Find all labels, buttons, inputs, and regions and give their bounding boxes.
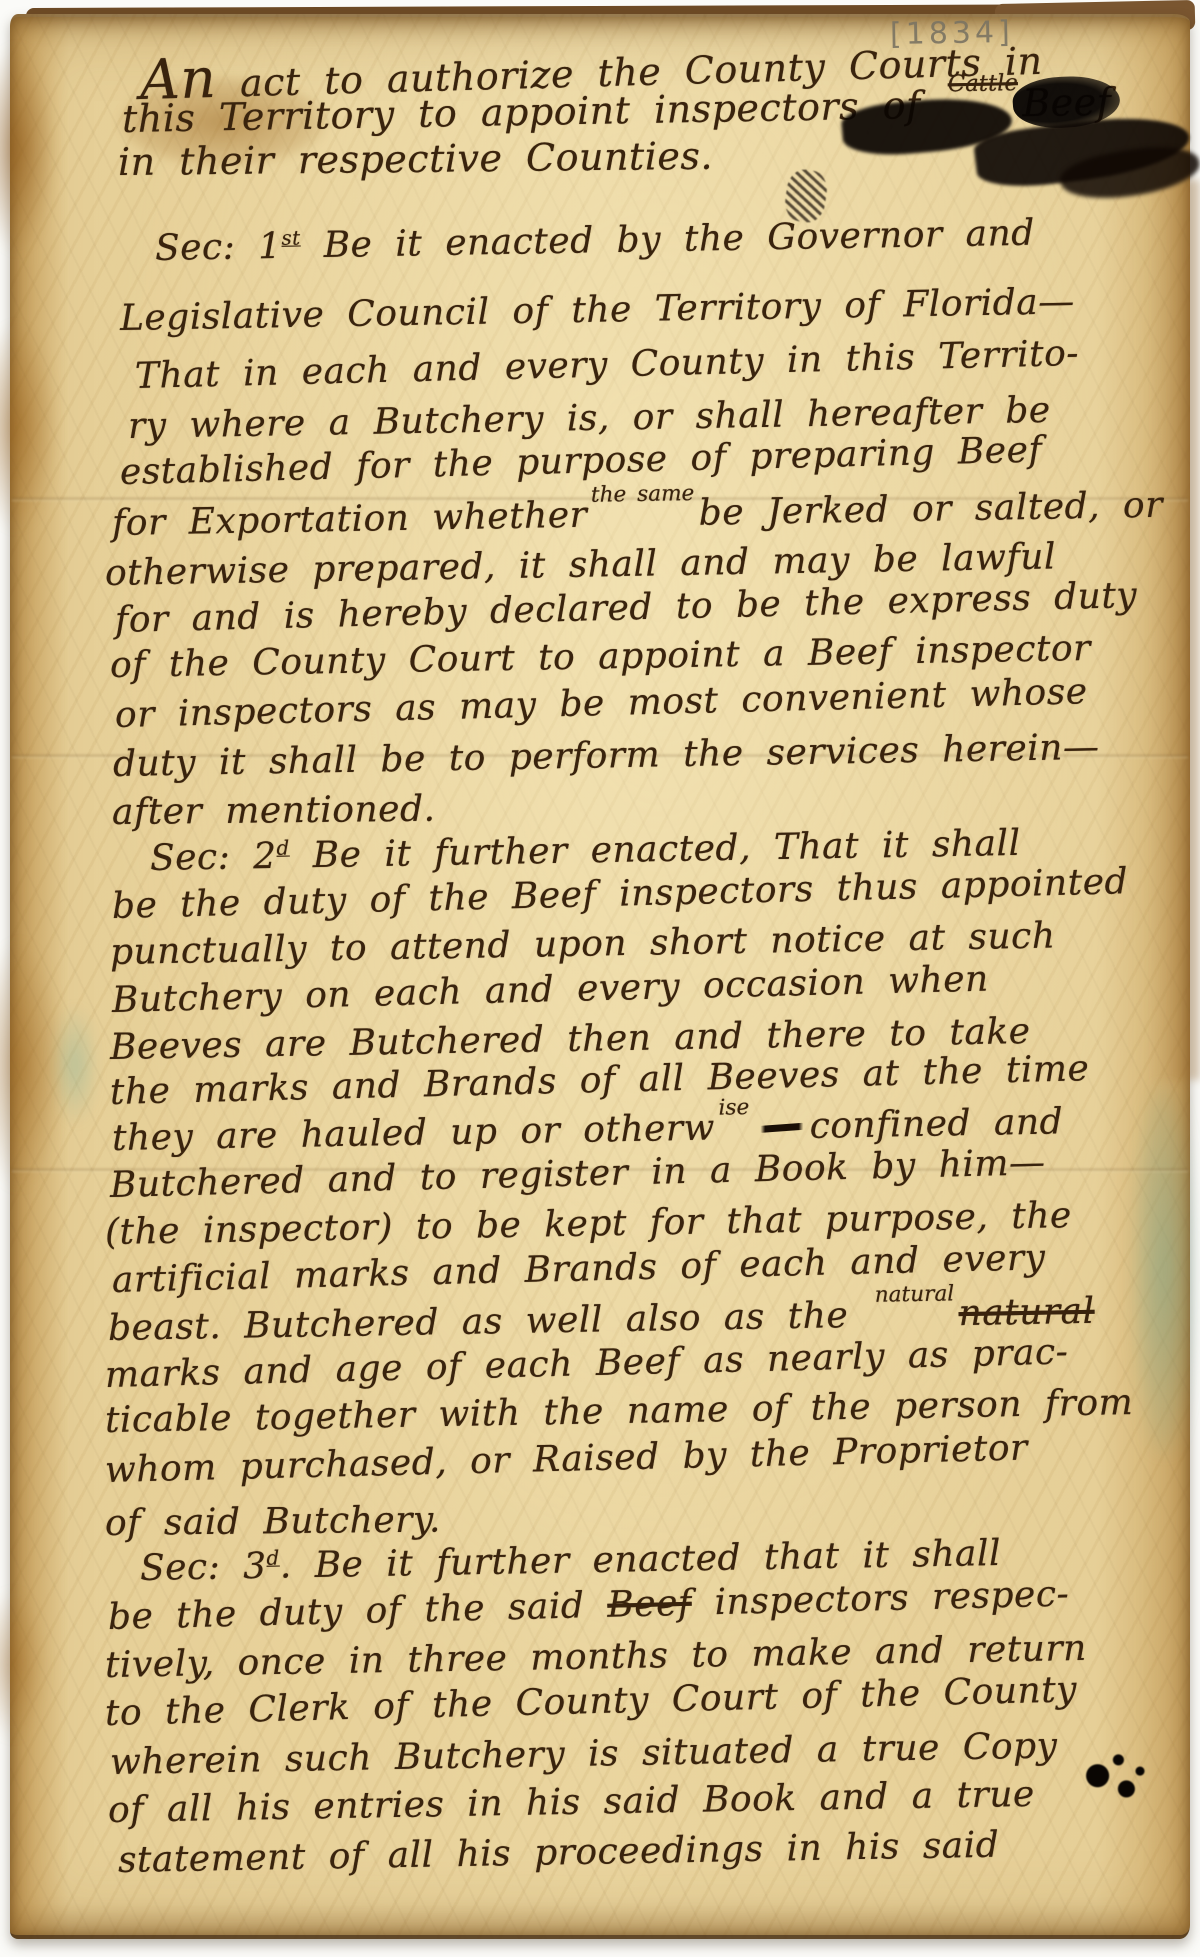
text-segment: in their respective Counties. [118, 134, 713, 184]
text-segment: Cattle [948, 70, 1019, 97]
text-segment: after mentioned. [112, 789, 436, 833]
text-segment: natural [958, 1291, 1095, 1334]
manuscript-line: statement of all his proceedings in his … [118, 1825, 1000, 1881]
text-segment: they are hauled up or otherw [112, 1107, 716, 1159]
text-segment: Be it enacted by the Governor and [300, 213, 1035, 267]
text-segment: for Exportation whether [112, 495, 588, 544]
text-segment: Beef [1022, 80, 1112, 126]
scanned-page: An act to authorize the County Courts in… [0, 0, 1200, 1957]
text-segment: the same [591, 481, 695, 508]
manuscript-line: of all his entries in his said Book and … [108, 1774, 1035, 1831]
manuscript-line: Legislative Council of the Territory of … [120, 281, 1075, 339]
manuscript-text: An act to authorize the County Courts in… [0, 0, 1200, 1957]
text-segment: be Jerked or salted, or [698, 485, 1163, 534]
manuscript-line: duty it shall be to perform the services… [113, 727, 1100, 785]
text-segment: of said Butchery. [105, 1499, 441, 1544]
pencil-date-annotation: [1834] [890, 15, 1014, 52]
manuscript-line: That in each and every County in this Te… [134, 333, 1079, 397]
text-segment: ise [718, 1095, 749, 1121]
manuscript-line: in their respective Counties. [118, 134, 713, 184]
text-segment: Sec: 1 [155, 226, 282, 269]
text-segment: inspectors respec- [691, 1574, 1069, 1624]
manuscript-line: after mentioned. [112, 789, 436, 833]
text-segment: Legislative Council of the Territory of … [120, 281, 1075, 339]
text-segment: of all his entries in his said Book and … [108, 1774, 1035, 1831]
text-segment: wherein such Butchery is situated a true… [110, 1725, 1058, 1783]
text-segment: Sec: 2 [150, 836, 277, 879]
text-segment: st [281, 226, 301, 249]
text-segment: Sec: 3 [140, 1546, 267, 1589]
manuscript-line: for Exportation whetherthe samebe Jerked… [112, 485, 1164, 544]
text-segment: natural [875, 1281, 955, 1307]
text-segment: duty it shall be to perform the services… [113, 727, 1100, 785]
text-segment: d [266, 1547, 280, 1570]
text-segment: be the duty of the said [107, 1585, 607, 1638]
text-segment: confined and [809, 1101, 1063, 1146]
text-segment: d [276, 837, 290, 860]
manuscript-line: Sec: 1st Be it enacted by the Governor a… [155, 213, 1035, 269]
text-segment: statement of all his proceedings in his … [118, 1825, 1000, 1881]
manuscript-line: of said Butchery. [105, 1499, 441, 1544]
text-segment: That in each and every County in this Te… [134, 333, 1079, 397]
manuscript-line: wherein such Butchery is situated a true… [110, 1725, 1058, 1783]
text-segment [758, 1123, 804, 1133]
text-segment: Beef [607, 1583, 692, 1626]
